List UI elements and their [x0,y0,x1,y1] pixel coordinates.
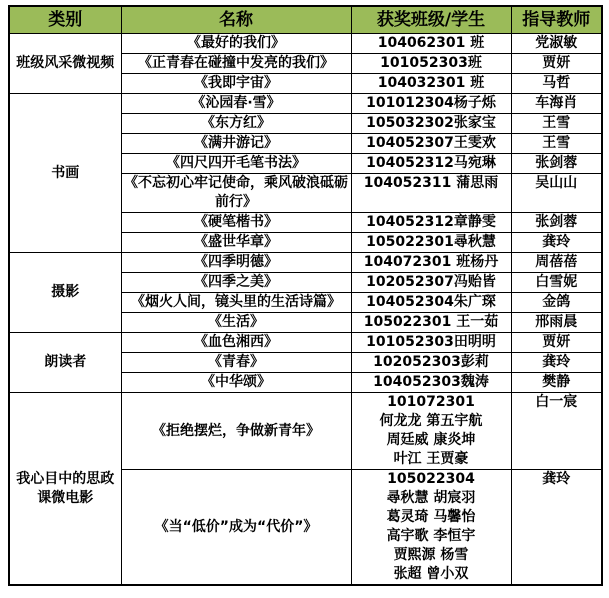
name-cell: 《不忘初心牢记使命，乘风破浪砥砺前行》 [121,174,351,213]
class-student-cell: 104052312章静雯 [351,213,511,233]
name-cell: 《盛世华章》 [121,233,351,253]
teacher-cell: 龚玲 [511,353,602,373]
name-cell: 《东方红》 [121,114,351,134]
class-student-cell: 102052307冯贻皆 [351,273,511,293]
category-cell: 书画 [9,94,121,253]
name-cell: 《血色湘西》 [121,333,351,353]
teacher-cell: 张剑蓉 [511,154,602,174]
name-cell: 《四季之美》 [121,273,351,293]
award-table: 类别 名称 获奖班级/学生 指导教师 班级风采微视频《最好的我们》1040623… [8,5,603,586]
category-cell: 摄影 [9,253,121,333]
header-cell-teacher: 指导教师 [511,6,602,34]
class-student-cell: 104032301 班 [351,74,511,94]
teacher-cell: 金鸽 [511,293,602,313]
table-row: 摄影《四季明德》104072301 班杨丹周蓓蓓 [9,253,602,273]
table-header: 类别 名称 获奖班级/学生 指导教师 [9,6,602,34]
class-student-cell: 105022304 尋秋慧 胡宸羽 葛灵琦 马馨怡 高宇歌 李恒宇 贾熙源 杨雪… [351,470,511,586]
name-cell: 《生活》 [121,313,351,333]
name-cell: 《中华颂》 [121,373,351,393]
teacher-cell: 龚玲 [511,233,602,253]
teacher-cell: 贾妍 [511,54,602,74]
name-cell: 《青春》 [121,353,351,373]
table-row: 班级风采微视频《最好的我们》104062301 班党淑敏 [9,34,602,54]
class-student-cell: 104052307王雯欢 [351,134,511,154]
header-cell-class: 获奖班级/学生 [351,6,511,34]
name-cell: 《硬笔楷书》 [121,213,351,233]
class-student-cell: 104072301 班杨丹 [351,253,511,273]
teacher-cell: 贾妍 [511,333,602,353]
teacher-cell: 周蓓蓓 [511,253,602,273]
name-cell: 《最好的我们》 [121,34,351,54]
category-cell: 我心目中的思政课微电影 [9,393,121,586]
class-student-cell: 102052303彭莉 [351,353,511,373]
name-cell: 《我即宇宙》 [121,74,351,94]
teacher-cell: 吴山山 [511,174,602,213]
name-cell: 《正青春在碰撞中发亮的我们》 [121,54,351,74]
teacher-cell: 车海肖 [511,94,602,114]
teacher-cell: 樊静 [511,373,602,393]
class-student-cell: 101052303班 [351,54,511,74]
header-cell-category: 类别 [9,6,121,34]
class-student-cell: 101012304杨子烁 [351,94,511,114]
name-cell: 《满井游记》 [121,134,351,154]
class-student-cell: 101052303田明明 [351,333,511,353]
table-row: 书画《沁园春·雪》101012304杨子烁车海肖 [9,94,602,114]
name-cell: 《当“低价”成为“代价”》 [121,470,351,586]
table-body: 班级风采微视频《最好的我们》104062301 班党淑敏《正青春在碰撞中发亮的我… [9,34,602,586]
teacher-cell: 党淑敏 [511,34,602,54]
header-cell-name: 名称 [121,6,351,34]
name-cell: 《四季明德》 [121,253,351,273]
class-student-cell: 101072301 何龙龙 第五宇航 周廷威 康炎坤 叶江 王贾豪 [351,393,511,470]
table-row: 朗读者《血色湘西》101052303田明明贾妍 [9,333,602,353]
class-student-cell: 104052311 蒲思雨 [351,174,511,213]
teacher-cell: 王雪 [511,134,602,154]
class-student-cell: 105022301 王一茹 [351,313,511,333]
name-cell: 《沁园春·雪》 [121,94,351,114]
class-student-cell: 104062301 班 [351,34,511,54]
teacher-cell: 王雪 [511,114,602,134]
class-student-cell: 105022301尋秋慧 [351,233,511,253]
teacher-cell: 邢雨晨 [511,313,602,333]
teacher-cell: 马哲 [511,74,602,94]
teacher-cell: 龚玲 [511,470,602,586]
header-row: 类别 名称 获奖班级/学生 指导教师 [9,6,602,34]
category-cell: 班级风采微视频 [9,34,121,94]
teacher-cell: 白一宸 [511,393,602,470]
teacher-cell: 张剑蓉 [511,213,602,233]
name-cell: 《四尺四开毛笔书法》 [121,154,351,174]
name-cell: 《烟火人间，镜头里的生活诗篇》 [121,293,351,313]
class-student-cell: 105032302张家宝 [351,114,511,134]
category-cell: 朗读者 [9,333,121,393]
class-student-cell: 104052304朱广琛 [351,293,511,313]
class-student-cell: 104052312马宛琳 [351,154,511,174]
teacher-cell: 白雪妮 [511,273,602,293]
class-student-cell: 104052303魏涛 [351,373,511,393]
table-row: 我心目中的思政课微电影《拒绝摆烂，争做新青年》101072301 何龙龙 第五宇… [9,393,602,470]
name-cell: 《拒绝摆烂，争做新青年》 [121,393,351,470]
